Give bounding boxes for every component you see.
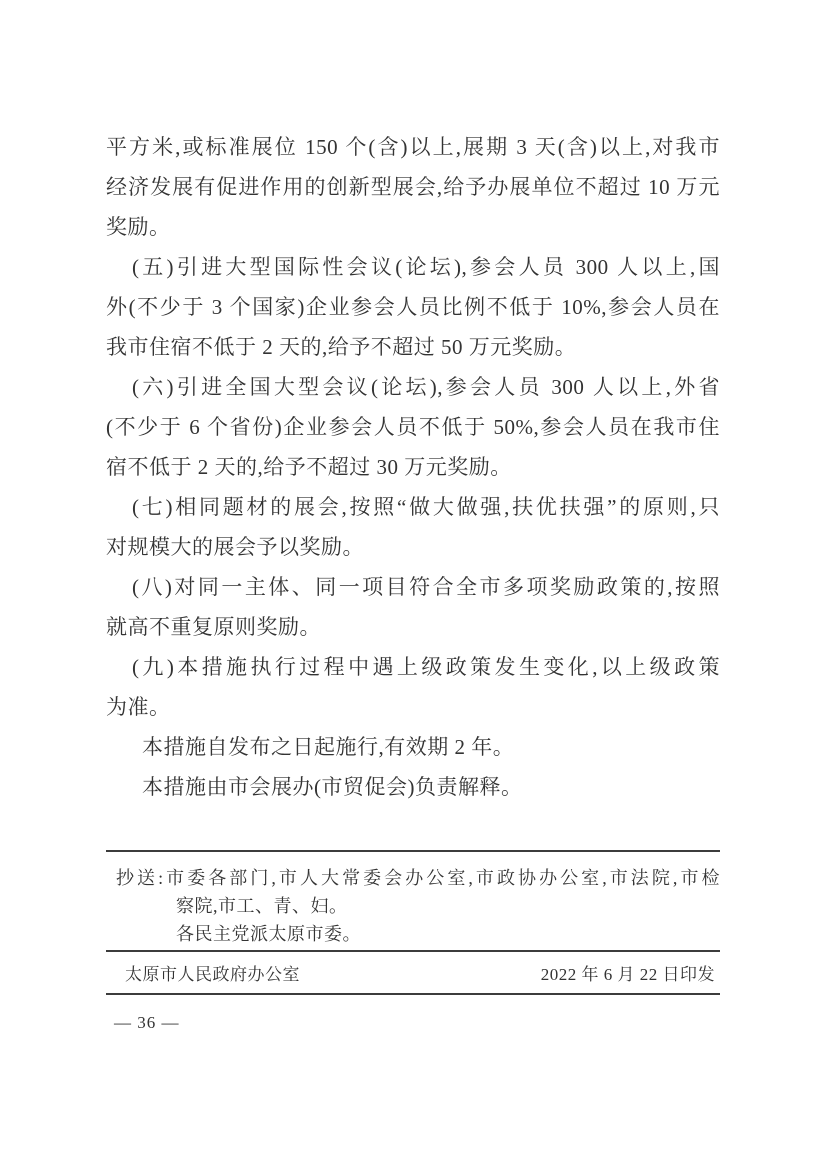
body-line: 外(不少于 3 个国家)企业参会人员比例不低于 10%,参会人员在 (106, 287, 720, 327)
body-line: (九)本措施执行过程中遇上级政策发生变化,以上级政策 (106, 647, 720, 687)
body-line: (六)引进全国大型会议(论坛),参会人员 300 人以上,外省 (106, 367, 720, 407)
body-line: (不少于 6 个省份)企业参会人员不低于 50%,参会人员在我市住 (106, 407, 720, 447)
body-line: 为准。 (106, 687, 720, 727)
copy-to-line: 各民主党派太原市委。 (106, 920, 720, 948)
document-footer: 抄送:市委各部门,市人大常委会办公室,市政协办公室,市法院,市检 察院,市工、青… (106, 850, 720, 1037)
print-date: 2022 年 6 月 22 日印发 (541, 960, 720, 985)
body-line: (七)相同题材的展会,按照“做大做强,扶优扶强”的原则,只 (106, 487, 720, 527)
document-page: 平方米,或标准展位 150 个(含)以上,展期 3 天(含)以上,对我市 经济发… (0, 0, 826, 1169)
body-line: 平方米,或标准展位 150 个(含)以上,展期 3 天(含)以上,对我市 (106, 127, 720, 167)
body-line: 本措施由市会展办(市贸促会)负责解释。 (106, 767, 720, 807)
body-line: 就高不重复原则奖励。 (106, 607, 720, 647)
copy-to-block: 抄送:市委各部门,市人大常委会办公室,市政协办公室,市法院,市检 察院,市工、青… (106, 852, 720, 950)
document-body: 平方米,或标准展位 150 个(含)以上,展期 3 天(含)以上,对我市 经济发… (106, 127, 720, 807)
body-line: 本措施自发布之日起施行,有效期 2 年。 (106, 727, 720, 767)
body-line: 宿不低于 2 天的,给予不超过 30 万元奖励。 (106, 447, 720, 487)
body-line: 奖励。 (106, 207, 720, 247)
body-line: 对规模大的展会予以奖励。 (106, 527, 720, 567)
page-number: — 36 — (106, 1009, 720, 1037)
body-line: 经济发展有促进作用的创新型展会,给予办展单位不超过 10 万元 (106, 167, 720, 207)
issuer-row: 太原市人民政府办公室 2022 年 6 月 22 日印发 (106, 952, 720, 993)
issuing-office: 太原市人民政府办公室 (106, 960, 300, 985)
body-line: (五)引进大型国际性会议(论坛),参会人员 300 人以上,国 (106, 247, 720, 287)
copy-to-line: 察院,市工、青、妇。 (106, 892, 720, 920)
body-line: 我市住宿不低于 2 天的,给予不超过 50 万元奖励。 (106, 327, 720, 367)
body-line: (八)对同一主体、同一项目符合全市多项奖励政策的,按照 (106, 567, 720, 607)
separator-line-bottom (106, 993, 720, 995)
copy-to-line: 抄送:市委各部门,市人大常委会办公室,市政协办公室,市法院,市检 (106, 864, 720, 892)
